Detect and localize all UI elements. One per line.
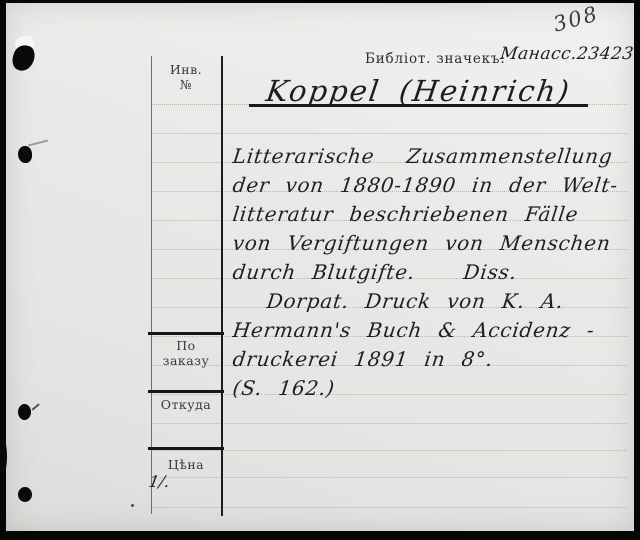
body-line: Dorpat. Druck von K. A. [231, 287, 637, 316]
punch-hole [18, 487, 32, 502]
body-line: Litterarische Zusammenstellung [231, 142, 637, 171]
price-label: Цѣна [151, 457, 221, 472]
scanned-catalog-card: Инв. № По заказу Откуда Цѣна 1/. 308 Биб… [0, 0, 640, 540]
ruled-line [152, 423, 627, 424]
body-line: der von 1880-1890 in der Welt- [231, 171, 637, 200]
ink-speck [131, 504, 134, 507]
inventory-number-label: Инв. № [151, 62, 221, 92]
column-separator [148, 390, 224, 393]
column-separator [148, 447, 224, 450]
body-text: Litterarische Zusammenstellung der von 1… [231, 142, 633, 403]
ruled-line [152, 450, 627, 451]
origin-label: Откуда [151, 397, 221, 412]
body-line: durch Blutgifte. Diss. [231, 258, 637, 287]
inventory-label-line1: Инв. [151, 62, 221, 77]
order-label: По заказу [151, 338, 221, 368]
body-line: litteratur beschriebenen Fälle [231, 200, 637, 229]
column-separator [148, 332, 224, 335]
punch-hole [18, 146, 32, 163]
body-line: von Vergiftungen von Menschen [231, 229, 637, 258]
body-line: (S. 162.) [231, 374, 637, 403]
ruled-line [152, 507, 627, 508]
library-stamp-label: Библіот. значекъ: [365, 51, 506, 67]
author-heading: Koppel (Heinrich) [264, 74, 573, 108]
ruled-line [152, 133, 627, 134]
author-underline [249, 104, 588, 107]
edge-blemish [0, 440, 7, 473]
body-line: druckerei 1891 in 8°. [231, 345, 637, 374]
inventory-label-line2: № [151, 77, 221, 92]
library-stamp-value: Манасс.23423 [499, 44, 635, 64]
price-value: 1/. [147, 472, 171, 491]
punch-hole [18, 404, 31, 420]
body-line: Hermann's Buch & Accidenz - [231, 316, 637, 345]
column-border-left [151, 56, 152, 514]
ruled-line [152, 477, 627, 478]
